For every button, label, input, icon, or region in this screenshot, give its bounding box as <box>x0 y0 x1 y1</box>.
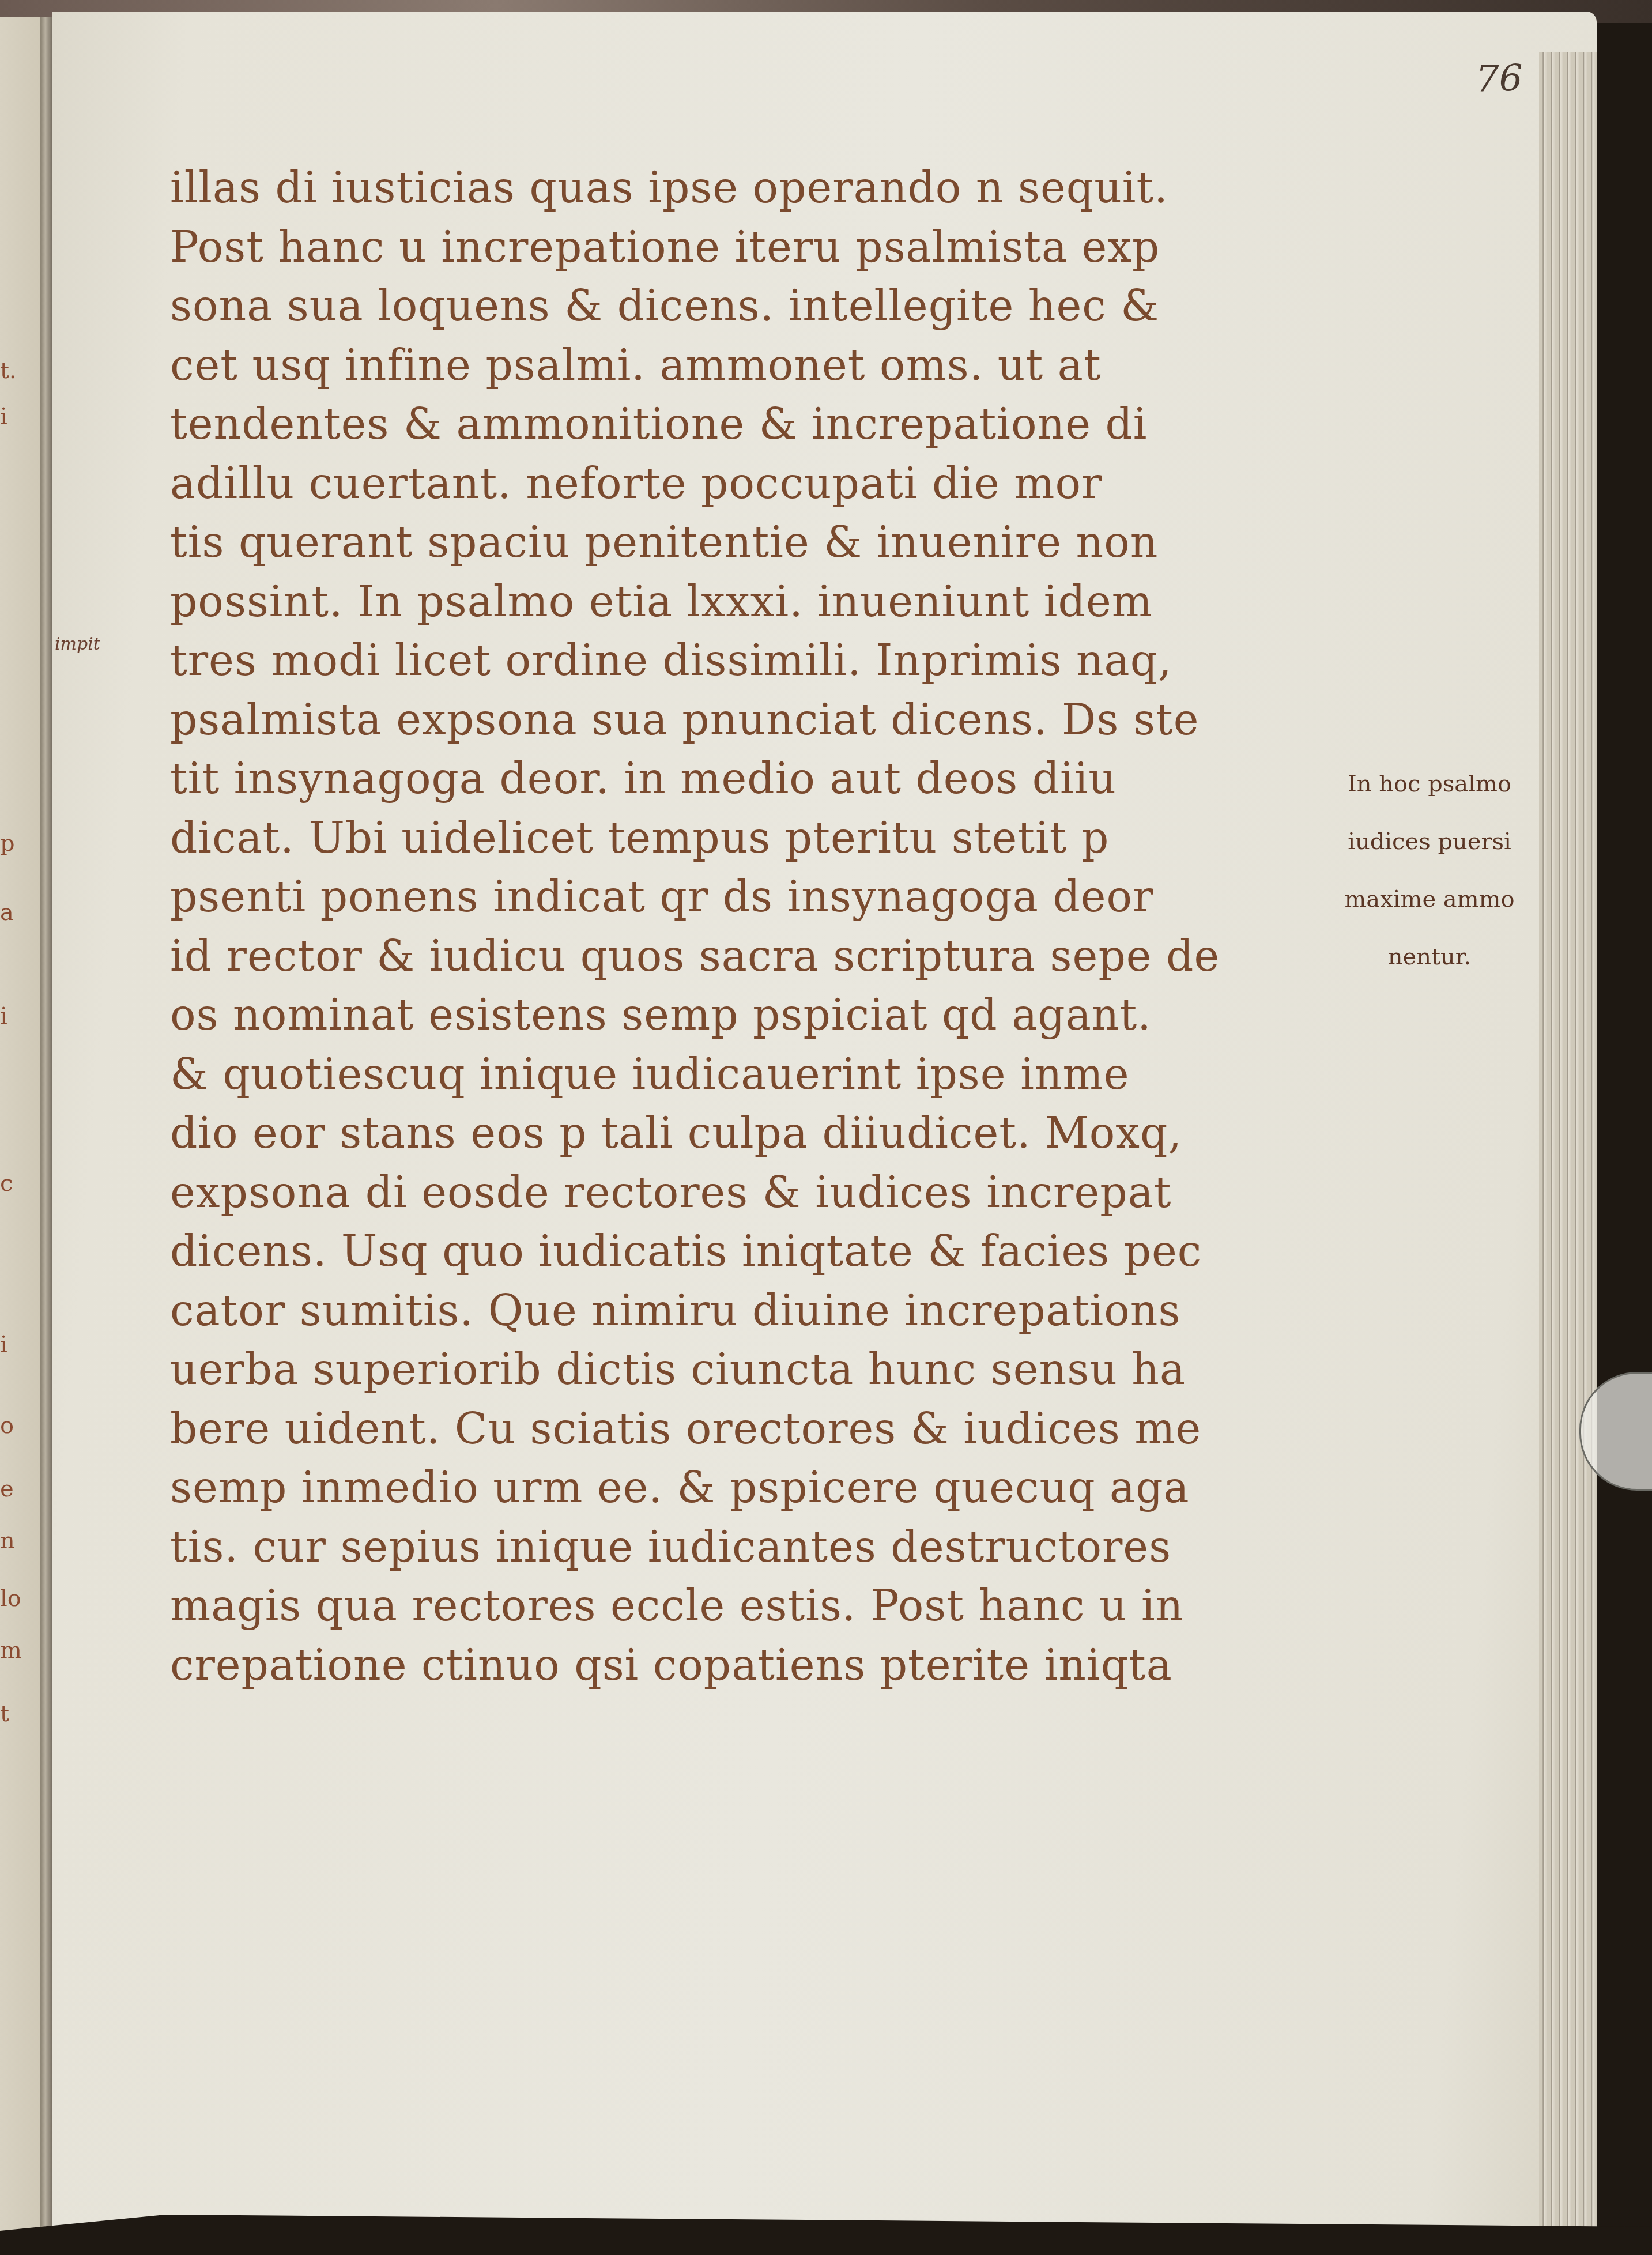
text-line: tres modi licet ordine dissimili. Inprim… <box>170 631 1300 691</box>
text-line: id rector & iudicu quos sacra scriptura … <box>170 927 1300 986</box>
text-line: illas di iusticias quas ipse operando n … <box>170 159 1300 218</box>
gloss-line: maxime ammo <box>1314 870 1545 928</box>
fragment: t <box>0 1700 9 1727</box>
left-margin-note: impit <box>55 634 100 654</box>
fragment: a <box>0 899 14 926</box>
text-line: tis querant spaciu penitentie & inuenire… <box>170 513 1300 572</box>
fragment: t. <box>0 357 17 384</box>
text-line: expsona di eosde rectores & iudices incr… <box>170 1163 1300 1223</box>
text-line: psalmista expsona sua pnunciat dicens. D… <box>170 691 1300 750</box>
facing-page: t. i p a i c i o e n lo m t <box>0 17 45 2237</box>
text-line: Post hanc u increpatione iteru psalmista… <box>170 218 1300 277</box>
text-line: cator sumitis. Que nimiru diuine increpa… <box>170 1281 1300 1341</box>
fragment: n <box>0 1528 15 1554</box>
gloss-line: In hoc psalmo <box>1314 755 1545 813</box>
gutter <box>40 17 53 2237</box>
text-line: uerba superiorib dictis ciuncta hunc sen… <box>170 1340 1300 1400</box>
text-line: adillu cuertant. neforte poccupati die m… <box>170 454 1300 514</box>
text-line: psenti ponens indicat qr ds insynagoga d… <box>170 868 1300 927</box>
fragment: i <box>0 1003 7 1030</box>
text-line: tis. cur sepius inique iudicantes destru… <box>170 1518 1300 1577</box>
folio-number: 76 <box>1476 58 1522 100</box>
text-line: possint. In psalmo etia lxxxi. inueniunt… <box>170 572 1300 632</box>
text-line: bere uident. Cu sciatis orectores & iudi… <box>170 1400 1300 1459</box>
fragment: c <box>0 1170 13 1197</box>
text-line: crepatione ctinuo qsi copatiens pterite … <box>170 1636 1300 1695</box>
text-line: magis qua rectores eccle estis. Post han… <box>170 1577 1300 1636</box>
gloss-line: nentur. <box>1314 928 1545 986</box>
fragment: i <box>0 404 7 430</box>
text-line: dio eor stans eos p tali culpa diiudicet… <box>170 1104 1300 1163</box>
margin-gloss: In hoc psalmo iudices puersi maxime ammo… <box>1314 755 1545 986</box>
text-line: & quotiescuq inique iudicauerint ipse in… <box>170 1045 1300 1104</box>
fragment: m <box>0 1637 22 1664</box>
text-line: os nominat esistens semp pspiciat qd aga… <box>170 986 1300 1045</box>
fragment: o <box>0 1412 14 1439</box>
fragment: e <box>0 1476 14 1502</box>
text-line: semp inmedio urm ee. & pspicere quecuq a… <box>170 1458 1300 1518</box>
main-text-block: illas di iusticias quas ipse operando n … <box>170 159 1300 1695</box>
text-line: cet usq infine psalmi. ammonet oms. ut a… <box>170 336 1300 395</box>
page-edges <box>1539 52 1597 2254</box>
fragment: p <box>0 830 15 857</box>
fragment: lo <box>0 1585 21 1612</box>
text-line: sona sua loquens & dicens. intellegite h… <box>170 277 1300 336</box>
text-line: dicat. Ubi uidelicet tempus pteritu stet… <box>170 809 1300 868</box>
fragment: i <box>0 1332 7 1358</box>
text-line: dicens. Usq quo iudicatis iniqtate & fac… <box>170 1222 1300 1281</box>
text-line: tit insynagoga deor. in medio aut deos d… <box>170 749 1300 809</box>
gloss-line: iudices puersi <box>1314 813 1545 870</box>
text-line: tendentes & ammonitione & increpatione d… <box>170 395 1300 454</box>
